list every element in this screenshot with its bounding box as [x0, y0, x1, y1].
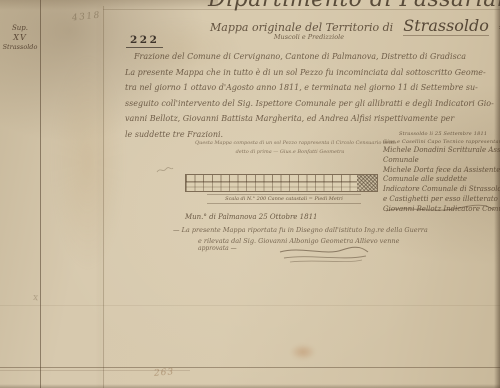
paper-crease: [0, 305, 500, 306]
sheet-stamp-number: 222: [126, 34, 163, 48]
signature-flourish: [384, 203, 496, 215]
bottom-rule-line: [0, 367, 500, 368]
scale-bar-ticks: [186, 175, 357, 182]
paper-stain: [52, 55, 124, 270]
corner-number: 263: [154, 367, 175, 378]
attestation-date: Strassoldo li 25 Settembre 1811: [399, 131, 500, 137]
surveyor-note-line: detto di prima — Gius.e Bonfatti Geometr…: [195, 148, 385, 157]
description-line: sseguito coll'intervento del Sig. Ispett…: [125, 96, 499, 112]
approval-line: e rilevata dal Sig. Giovanni Albonigo Ge…: [198, 237, 399, 245]
margin-rule-line: [40, 0, 41, 388]
attestation-line: Comunale alle suddette: [383, 175, 500, 184]
attestation-line: Comunale: [383, 156, 500, 165]
scale-bar-grid: [186, 182, 357, 191]
description-line: Frazione del Comune di Cervignano, Canto…: [125, 49, 499, 65]
department-title: Dipartimento di Passariano: [208, 0, 500, 12]
attestation-block: Strassoldo li 25 Settembre 1811 Gius.e C…: [383, 131, 500, 214]
surveyor-note-line: Questa Mappa composta di un sol Pezzo ra…: [195, 139, 385, 148]
pencil-mark: [156, 165, 174, 175]
attestation-line: Michele Donadini Scritturale Assistente: [383, 146, 500, 155]
attestation-line: Indicatore Comunale di Strassoldo: [383, 185, 500, 194]
left-margin-label: Sup. XV Strassoldo: [0, 24, 40, 51]
attestation-line: Michele Dorta fece da Assistente: [383, 166, 500, 175]
approval-line: — La presente Mappa riportata fu in Dise…: [173, 226, 428, 234]
supplement-number: XV: [0, 33, 40, 43]
document-page: Sup. XV Strassoldo 4318 222 Dipartimento…: [0, 0, 500, 388]
scale-bar-end-block: [357, 175, 377, 191]
approval-place-date: Mun.° di Palmanova 25 Ottobre 1811: [185, 213, 318, 221]
description-line: La presente Mappa che in tutto è di un s…: [125, 65, 499, 81]
scan-edge-bottom: [0, 384, 500, 388]
surveyor-note: Questa Mappa composta di un sol Pezzo ra…: [195, 139, 385, 157]
description-line: tra nel giorno 1 ottavo d'Agosto anno 18…: [125, 80, 499, 96]
map-subtitle: Muscoli e Predizziole: [263, 33, 355, 41]
description-line: vanni Bellotz, Giovanni Battista Margher…: [125, 111, 499, 127]
attestation-agent: Gius.e Casellini Capo Tecnico rappresent…: [383, 139, 500, 145]
scale-caption: Scala di N.° 200 Canne catastali = Piedi…: [207, 194, 361, 204]
supplement-label: Sup.: [0, 24, 40, 33]
scale-bar: [185, 174, 378, 192]
cross-mark: x: [32, 293, 38, 304]
margin-place-label: Strassoldo: [0, 43, 40, 51]
pencil-annotation: 4318: [72, 11, 102, 24]
map-title-place: Strassoldo: [403, 16, 489, 36]
approval-line: approvata —: [198, 245, 237, 252]
description-paragraph: Frazione del Comune di Cervignano, Canto…: [125, 49, 499, 143]
approval-signature-flourish: [276, 246, 372, 266]
sheet-edge-vertical: [103, 6, 104, 388]
paper-stain: [290, 344, 316, 360]
